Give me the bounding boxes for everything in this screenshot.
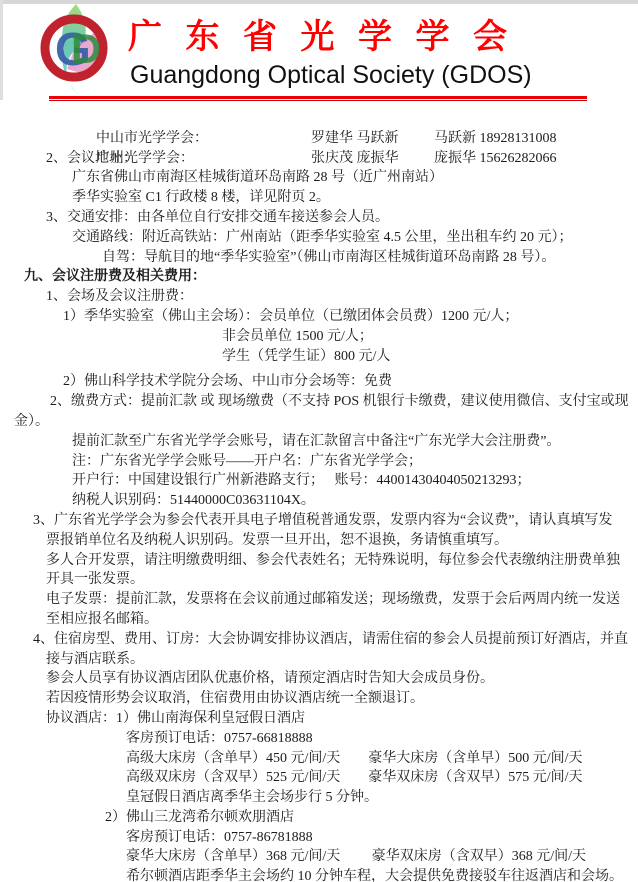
document-line: 纳税人识别码：51440000C03631104X。 xyxy=(0,491,638,511)
document-line: 开户行：中国建设银行广州新港路支行； 账号：440014304040502132… xyxy=(0,471,638,491)
document-line: 自驾：导航目的地“季华实验室”（佛山市南海区桂城街道环岛南路 28 号）。 xyxy=(0,248,638,268)
society-title-chinese: 广 东 省 光 学 学 会 xyxy=(128,16,608,60)
contact-phone: 马跃新 18928131008 xyxy=(434,131,557,146)
document-line: 若因疫情形势会议取消，住宿费用由协议酒店统一全额退订。 xyxy=(0,689,638,709)
header-rule-thin xyxy=(49,100,587,101)
document-line: 参会人员享有协议酒店团队优惠价格，请预定酒店时告知大会成员身份。 xyxy=(0,669,638,689)
document-line: 九、会议注册费及相关费用： xyxy=(0,267,638,287)
contact-org: 中山市光学学会： xyxy=(96,129,311,149)
document-line: 协议酒店：1）佛山南海保利皇冠假日酒店 xyxy=(0,709,638,729)
document-line: 多人合开发票，请注明缴费明细、参会代表姓名；无特殊说明，每位参会代表缴纳注册费单… xyxy=(0,551,638,571)
document-line: 至相应报名邮箱。 xyxy=(0,610,638,630)
document-content: 中山市光学学会：罗建华 马跃新马跃新 18928131008 广州光学学会：张庆… xyxy=(0,109,638,882)
document-line: 3、交通安排：由各单位自行安排交通车接送参会人员。 xyxy=(0,208,638,228)
contact-row: 中山市光学学会：罗建华 马跃新马跃新 18928131008 xyxy=(0,109,638,129)
document-line: 季华实验室 C1 行政楼 8 楼，详见附页 2。 xyxy=(0,188,638,208)
document-line: 希尔顿酒店距季华主会场约 10 分钟车程，大会提供免费接驳车往返酒店和会场。 xyxy=(0,867,638,882)
document-lines: 2、会议地址：广东省佛山市南海区桂城街道环岛南路 28 号（近广州南站）季华实验… xyxy=(0,149,638,882)
document-line: 2）佛山三龙湾希尔顿欢朋酒店 xyxy=(0,808,638,828)
document-line: 注：广东省光学学会账号——开户名：广东省光学学会； xyxy=(0,452,638,472)
document-line: 客房预订电话：0757-86781888 xyxy=(0,828,638,848)
document-line: 皇冠假日酒店离季华主会场步行 5 分钟。 xyxy=(0,788,638,808)
document-line: 金）。 xyxy=(0,412,638,432)
document-line: 2）佛山科学技术学院分会场、中山市分会场等：免费 xyxy=(0,372,638,392)
document-line: 交通路线：附近高铁站：广州南站（距季华实验室 4.5 公里，坐出租车约 20 元… xyxy=(0,228,638,248)
document-line: 票报销单位名及纳税人识别码。发票一旦开出，恕不退换，务请慎重填写。 xyxy=(0,531,638,551)
society-title-english: Guangdong Optical Society (GDOS) xyxy=(130,60,610,90)
document-line: 广东省佛山市南海区桂城街道环岛南路 28 号（近广州南站） xyxy=(0,168,638,188)
document-line: 1）季华实验室（佛山主会场）：会员单位（已缴团体会员费）1200 元/人； xyxy=(0,307,638,327)
contact-phone: 庞振华 15626282066 xyxy=(434,151,557,166)
contact-names: 张庆茂 庞振华 xyxy=(311,149,434,169)
document-line: 非会员单位 1500 元/人； xyxy=(0,327,638,347)
document-line: 高级双床房（含双早）525 元/间/天 豪华双床房（含双早）575 元/间/天 xyxy=(0,768,638,788)
document-line: 电子发票：提前汇款，发票将在会议前通过邮箱发送；现场缴费，发票于会后两周内统一发… xyxy=(0,590,638,610)
document-line: 3、广东省光学学会为参会代表开具电子增值税普通发票，发票内容为“会议费”，请认真… xyxy=(0,511,638,531)
document-line: 接与酒店联系。 xyxy=(0,650,638,670)
logo-letter-d: D xyxy=(71,25,101,72)
document-line: 高级大床房（含单早）450 元/间/天 豪华大床房（含单早）500 元/间/天 xyxy=(0,749,638,769)
document-line: 1、会场及会议注册费： xyxy=(0,287,638,307)
contact-names: 罗建华 马跃新 xyxy=(311,129,434,149)
document-line: 学生（凭学生证）800 元/人 xyxy=(0,347,638,367)
document-line: 4、住宿房型、费用、订房：大会协调安排协议酒店，请需住宿的参会人员提前预订好酒店… xyxy=(0,630,638,650)
gdos-logo-icon: G D xyxy=(37,3,115,95)
document-line: 提前汇款至广东省光学学会账号，请在汇款留言中备注“广东光学大会注册费”。 xyxy=(0,432,638,452)
document-line: 2、缴费方式：提前汇款 或 现场缴费（不支持 POS 机银行卡缴费，建议使用微信… xyxy=(0,392,638,412)
scan-edge-left xyxy=(0,0,3,100)
document-line: 豪华大床房（含单早）368 元/间/天 豪华双床房（含双早）368 元/间/天 xyxy=(0,847,638,867)
document-line: 开具一张发票。 xyxy=(0,570,638,590)
header-rule-thick xyxy=(49,96,587,99)
document-page: G D 广 东 省 光 学 学 会 Guangdong Optical Soci… xyxy=(0,0,638,882)
document-line: 客房预订电话：0757-66818888 xyxy=(0,729,638,749)
